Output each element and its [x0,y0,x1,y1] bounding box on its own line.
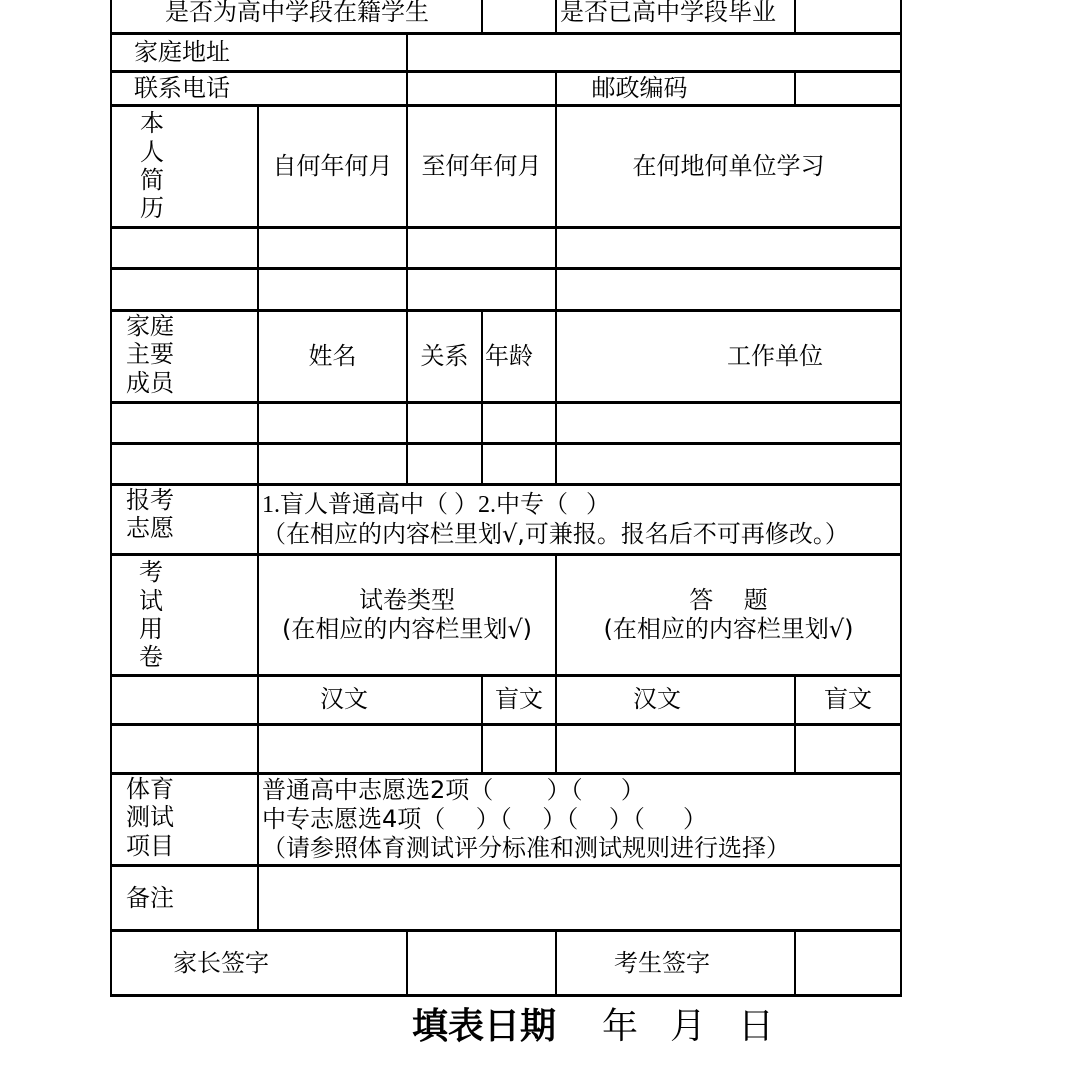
paper-type-title: 试卷类型 [359,586,455,615]
answer-title: 答 题 [689,586,768,615]
remarks-label: 备注 [126,867,246,929]
resume-header-place: 在何地何单位学习 [557,106,900,226]
application-line-1[interactable]: 1.盲人普通高中（ ）2.中专（ ） [262,491,610,520]
phone-label: 联系电话 [134,72,404,104]
rule-col [406,33,408,71]
rule-right-edge [900,0,902,997]
family-row-2-relation[interactable] [408,445,481,483]
phone-field[interactable] [408,72,555,104]
parent-signature-label: 家长签字 [112,932,330,994]
rule-col [555,0,557,33]
graduated-field[interactable] [796,0,900,32]
rule-col [257,484,259,554]
family-row-2-age[interactable] [483,445,555,483]
answer-chinese: 汉文 [557,676,757,723]
family-header-age: 年龄 [485,312,555,401]
resume-row-2-from[interactable] [259,270,406,309]
application-line-2: （在相应的内容栏里划√,可兼报。报名后不可再修改。） [262,520,849,549]
resume-header-to: 至何年何月 [408,106,555,226]
answer-braille: 盲文 [796,676,900,723]
fill-date-day[interactable]: 日 [738,998,774,1048]
enrolled-field[interactable] [483,0,555,32]
paper-type-header: 试卷类型 (在相应的内容栏里划√) [259,556,555,674]
fill-date-month[interactable]: 月 [670,998,706,1048]
paper-type-braille-check[interactable] [483,726,555,772]
resume-row-2-label [112,270,257,309]
fill-date-year[interactable]: 年 [602,998,638,1048]
resume-row-1-from[interactable] [259,229,406,267]
address-label: 家庭地址 [134,35,404,70]
fill-date-label: 填表日期 [412,998,556,1048]
postcode-field[interactable] [796,72,900,104]
pe-test-line-1[interactable]: 普通高中志愿选2项（ ）（ ） [262,776,645,805]
enrolled-label: 是否为高中学段在籍学生 [112,0,482,32]
resume-row-2-to[interactable] [408,270,555,309]
answer-header: 答 题 (在相应的内容栏里划√) [557,556,900,674]
resume-row-1-label [112,229,257,267]
resume-section-label: 本 人 简 历 [112,106,192,226]
remarks-field[interactable] [262,867,898,929]
exam-paper-section-label: 考 试 用 卷 [112,556,190,674]
resume-row-2-place[interactable] [557,270,900,309]
resume-row-1-place[interactable] [557,229,900,267]
answer-chinese-check[interactable] [557,726,794,772]
family-header-name: 姓名 [259,312,406,401]
family-row-1-workplace[interactable] [557,404,900,442]
family-header-relation: 关系 [408,312,481,401]
answer-note: (在相应的内容栏里划√) [603,615,853,644]
family-row-2-workplace[interactable] [557,445,900,483]
resume-header-from: 自何年何月 [259,106,406,226]
student-signature-label: 考生签字 [557,932,767,994]
student-signature-field[interactable] [796,932,900,994]
pe-test-line-2[interactable]: 中专志愿选4项（ ）（ ）（ ）（ ） [262,805,707,834]
family-row-1-name[interactable] [259,404,406,442]
postcode-label: 邮政编码 [557,72,722,104]
family-section-label: 家庭 主要 成员 [126,312,246,401]
family-row-1-relation[interactable] [408,404,481,442]
resume-row-1-to[interactable] [408,229,555,267]
family-header-workplace: 工作单位 [600,312,950,401]
paper-type-note: (在相应的内容栏里划√) [282,615,532,644]
family-row-1-age[interactable] [483,404,555,442]
application-section-label: 报考 志愿 [126,486,246,553]
pe-test-options[interactable]: 普通高中志愿选2项（ ）（ ） 中专志愿选4项（ ）（ ）（ ）（ ） （请参照… [262,775,898,864]
pe-test-line-3: （请参照体育测试评分标准和测试规则进行选择） [262,834,790,863]
address-field[interactable] [410,35,898,70]
answer-braille-check[interactable] [796,726,900,772]
paper-type-chinese: 汉文 [259,676,429,723]
rule-col [257,773,259,930]
graduated-label: 是否已高中学段毕业 [560,0,795,32]
paper-type-chinese-check[interactable] [259,726,481,772]
pe-test-section-label: 体育 测试 项目 [126,775,246,864]
parent-signature-field[interactable] [408,932,555,994]
paper-type-braille: 盲文 [483,676,555,723]
family-row-2-name[interactable] [259,445,406,483]
application-options[interactable]: 1.盲人普通高中（ ）2.中专（ ） （在相应的内容栏里划√,可兼报。报名后不可… [262,486,898,553]
